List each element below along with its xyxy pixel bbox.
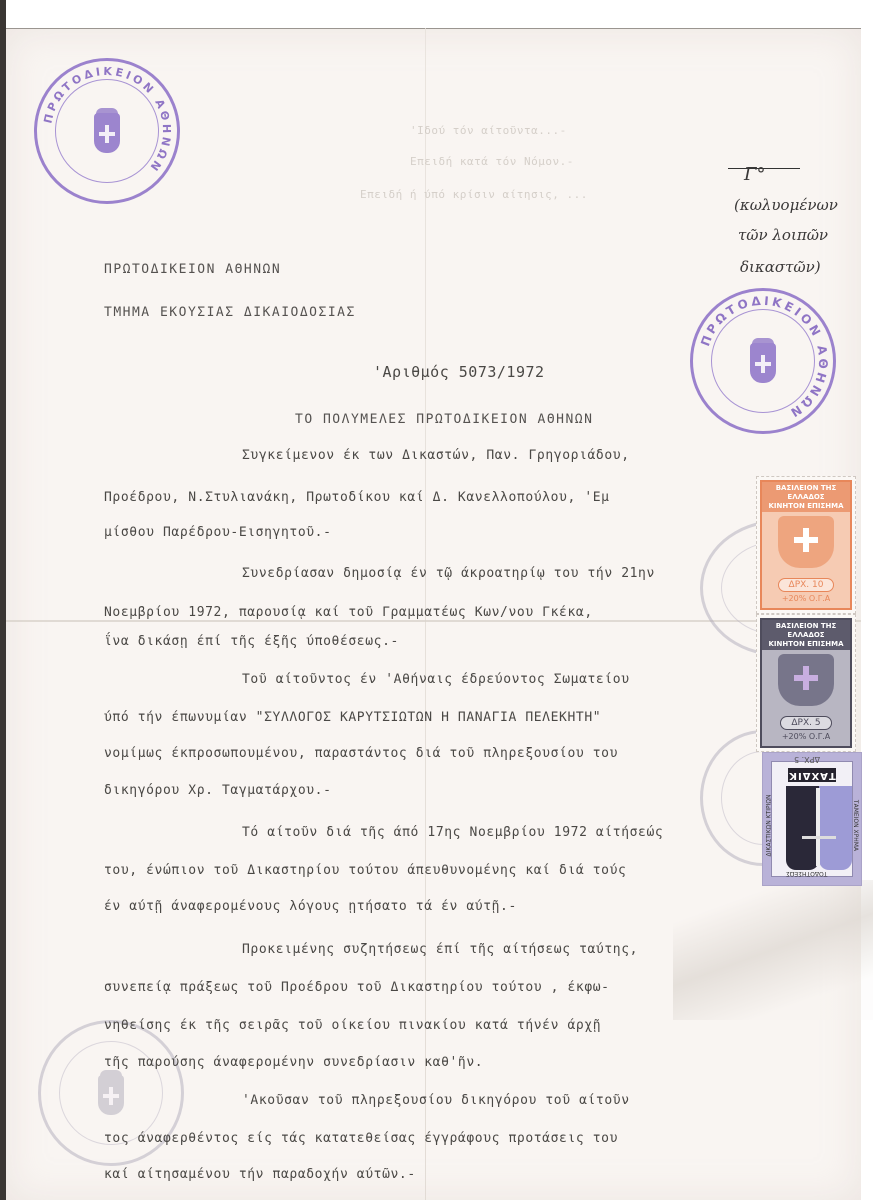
stamp-value: ΔΡΧ. 10: [778, 578, 835, 592]
document-title: ΤΟ ΠΟΛΥΜΕΛΕΣ ΠΡΩΤΟΔΙΚΕΙΟΝ ΑΘΗΝΩΝ: [295, 412, 593, 427]
handwritten-line: τῶν λοιπῶν: [738, 226, 828, 244]
body-line: Προκειμένης συζητήσεως έπί τῆς αίτήσεως …: [242, 942, 638, 957]
stamp-header: ΤΑΧΔΙΚ: [788, 768, 836, 782]
body-line: τος άναφερθέντος είς τάς κατατεθείσας έγ…: [104, 1131, 618, 1146]
coat-of-arms-icon: [778, 516, 834, 568]
stamp-side-text-right: ΤΑΜΕΙΟΝ ΧΡΗΜΑ: [852, 800, 859, 851]
stamp-type: ΚΙΝΗΤΟΝ ΕΠΙΣΗΜΑ: [762, 640, 850, 649]
body-line: δικηγόρου Χρ. Ταγματάρχου.-: [104, 783, 332, 798]
stamp-bottom-text: ΤΟΔΟΤΗΣΕΩΣ: [786, 870, 827, 877]
body-line: νομίμως έκπροσωπουμένου, παραστάντος διά…: [104, 746, 618, 761]
bleed-through-line: Επειδή κατά τόν Νόμον.-: [410, 155, 574, 168]
stamp-surcharge: +20% Ο.Γ.Α: [762, 732, 850, 741]
greek-cross-crest-icon: [98, 1075, 124, 1115]
case-number: 'Αριθμός 5073/1972: [373, 363, 545, 381]
handwritten-symbol: Γ°: [744, 164, 766, 185]
justice-panel-dark: [786, 786, 819, 870]
court-name: ΠΡΩΤΟΔΙΚΕΙΟΝ ΑΘΗΝΩΝ: [104, 262, 281, 277]
bleed-through-line: Επειδή ή ύπό κρίσιν αίτησις, ...: [360, 188, 588, 201]
body-line: τῆς παρούσης άναφερομένην συνεδρίασιν κα…: [104, 1055, 483, 1070]
body-line: ύπό τήν έπωνυμίαν "ΣΥΛΛΟΓΟΣ ΚΑΡΥΤΣΙΩΤΩΝ …: [104, 710, 601, 725]
body-line: νηθείσης έκ τῆς σειρᾶς τοῦ οίκείου πινακ…: [104, 1018, 601, 1033]
body-line: καί αίτησαμένου τήν παραδοχήν αύτῶν.-: [104, 1167, 416, 1182]
body-line: Τοῦ αίτοῦντος έν 'Αθήναις έδρεύοντος Σωμ…: [242, 672, 630, 687]
greek-cross-crest-icon: [94, 113, 120, 153]
body-line: Συνεδρίασαν δημοσίᾳ έν τῷ άκροατηρίῳ του…: [242, 566, 655, 581]
body-line: έν αύτῇ άναφερομένους λόγους ῃτήσατο τά …: [104, 899, 517, 914]
handwritten-line: (κωλυομένων: [734, 196, 838, 214]
body-line: Νοεμβρίου 1972, παρουσίᾳ καί τοῦ Γραμματ…: [104, 605, 593, 620]
stamp-header: ΒΑΣΙΛΕΙΟΝ ΤΗΣ ΕΛΛΑΔΟΣ ΚΙΝΗΤΟΝ ΕΠΙΣΗΜΑ: [762, 620, 850, 650]
bleed-through-line: 'Ιδού τόν αίτοῦντα...-: [410, 124, 567, 137]
body-line: Τό αίτοῦν διά τῆς άπό 17ης Νοεμβρίου 197…: [242, 825, 663, 840]
paper-crease: [673, 880, 873, 1020]
stamp-type: ΚΙΝΗΤΟΝ ΕΠΙΣΗΜΑ: [762, 502, 850, 511]
revenue-stamp-5-drachma: ΒΑΣΙΛΕΙΟΝ ΤΗΣ ΕΛΛΑΔΟΣ ΚΙΝΗΤΟΝ ΕΠΙΣΗΜΑ ΔΡ…: [756, 614, 856, 752]
stamp-side-text-left: ΔΙΚΑΣΤΙΚΩΝ ΚΤΙΡΙΩΝ: [765, 795, 772, 857]
stamp-value: ΔΡΧ. 5: [780, 716, 831, 730]
body-line: συνεπείᾳ πράξεως τοῦ Προέδρου τοῦ Δικαστ…: [104, 980, 610, 995]
body-line: ΐνα δικάσῃ έπί τῆς έξῆς ύποθέσεως.-: [104, 634, 399, 649]
justice-panel-light: [819, 786, 852, 870]
body-line: Συγκείμενον έκ των Δικαστών, Παν. Γρηγορ…: [242, 448, 630, 463]
court-seal-top-left: ΠΡΩΤΟΔΙΚΕΙΟΝ ΑΘΗΝΩΝ: [34, 58, 180, 204]
body-line: του, ένώπιον τοῦ Δικαστηρίου τούτου άπευ…: [104, 863, 626, 878]
greek-cross-crest-icon: [750, 343, 776, 383]
body-line: μίσθου Παρέδρου-Εισηγητοῦ.-: [104, 525, 332, 540]
department-name: ΤΜΗΜΑ ΕΚΟΥΣΙΑΣ ΔΙΚΑΙΟΔΟΣΙΑΣ: [104, 305, 356, 320]
handwritten-line: δικαστῶν): [740, 258, 821, 276]
stamp-value: ΔΡΧ. 5: [794, 755, 820, 764]
stamp-country: ΒΑΣΙΛΕΙΟΝ ΤΗΣ ΕΛΛΑΔΟΣ: [762, 622, 850, 640]
revenue-stamp-10-drachma: ΒΑΣΙΛΕΙΟΝ ΤΗΣ ΕΛΛΑΔΟΣ ΚΙΝΗΤΟΝ ΕΠΙΣΗΜΑ ΔΡ…: [756, 476, 856, 614]
sword-icon: [816, 788, 820, 866]
court-seal-right: ΠΡΩΤΟΔΙΚΕΙΟΝ ΑΘΗΝΩΝ: [690, 288, 836, 434]
body-line: Προέδρου, Ν.Στυλιανάκη, Πρωτοδίκου καί Δ…: [104, 490, 610, 505]
coat-of-arms-icon: [778, 654, 834, 706]
taxdik-stamp: ΔΡΧ. 5 ΤΑΧΔΙΚ ΔΙΚΑΣΤΙΚΩΝ ΚΤΙΡΙΩΝ ΤΑΜΕΙΟΝ…: [762, 752, 862, 886]
sword-guard-icon: [802, 836, 836, 839]
stamp-header: ΒΑΣΙΛΕΙΟΝ ΤΗΣ ΕΛΛΑΔΟΣ ΚΙΝΗΤΟΝ ΕΠΙΣΗΜΑ: [762, 482, 850, 512]
stamp-country: ΒΑΣΙΛΕΙΟΝ ΤΗΣ ΕΛΛΑΔΟΣ: [762, 484, 850, 502]
stamp-surcharge: +20% Ο.Γ.Α: [762, 594, 850, 603]
taxdik-stamp-frame: ΔΡΧ. 5 ΤΑΧΔΙΚ ΔΙΚΑΣΤΙΚΩΝ ΚΤΙΡΙΩΝ ΤΑΜΕΙΟΝ…: [771, 761, 853, 877]
body-line: 'Ακοῦσαν τοῦ πληρεξουσίου δικηγόρου τοῦ …: [242, 1093, 630, 1108]
